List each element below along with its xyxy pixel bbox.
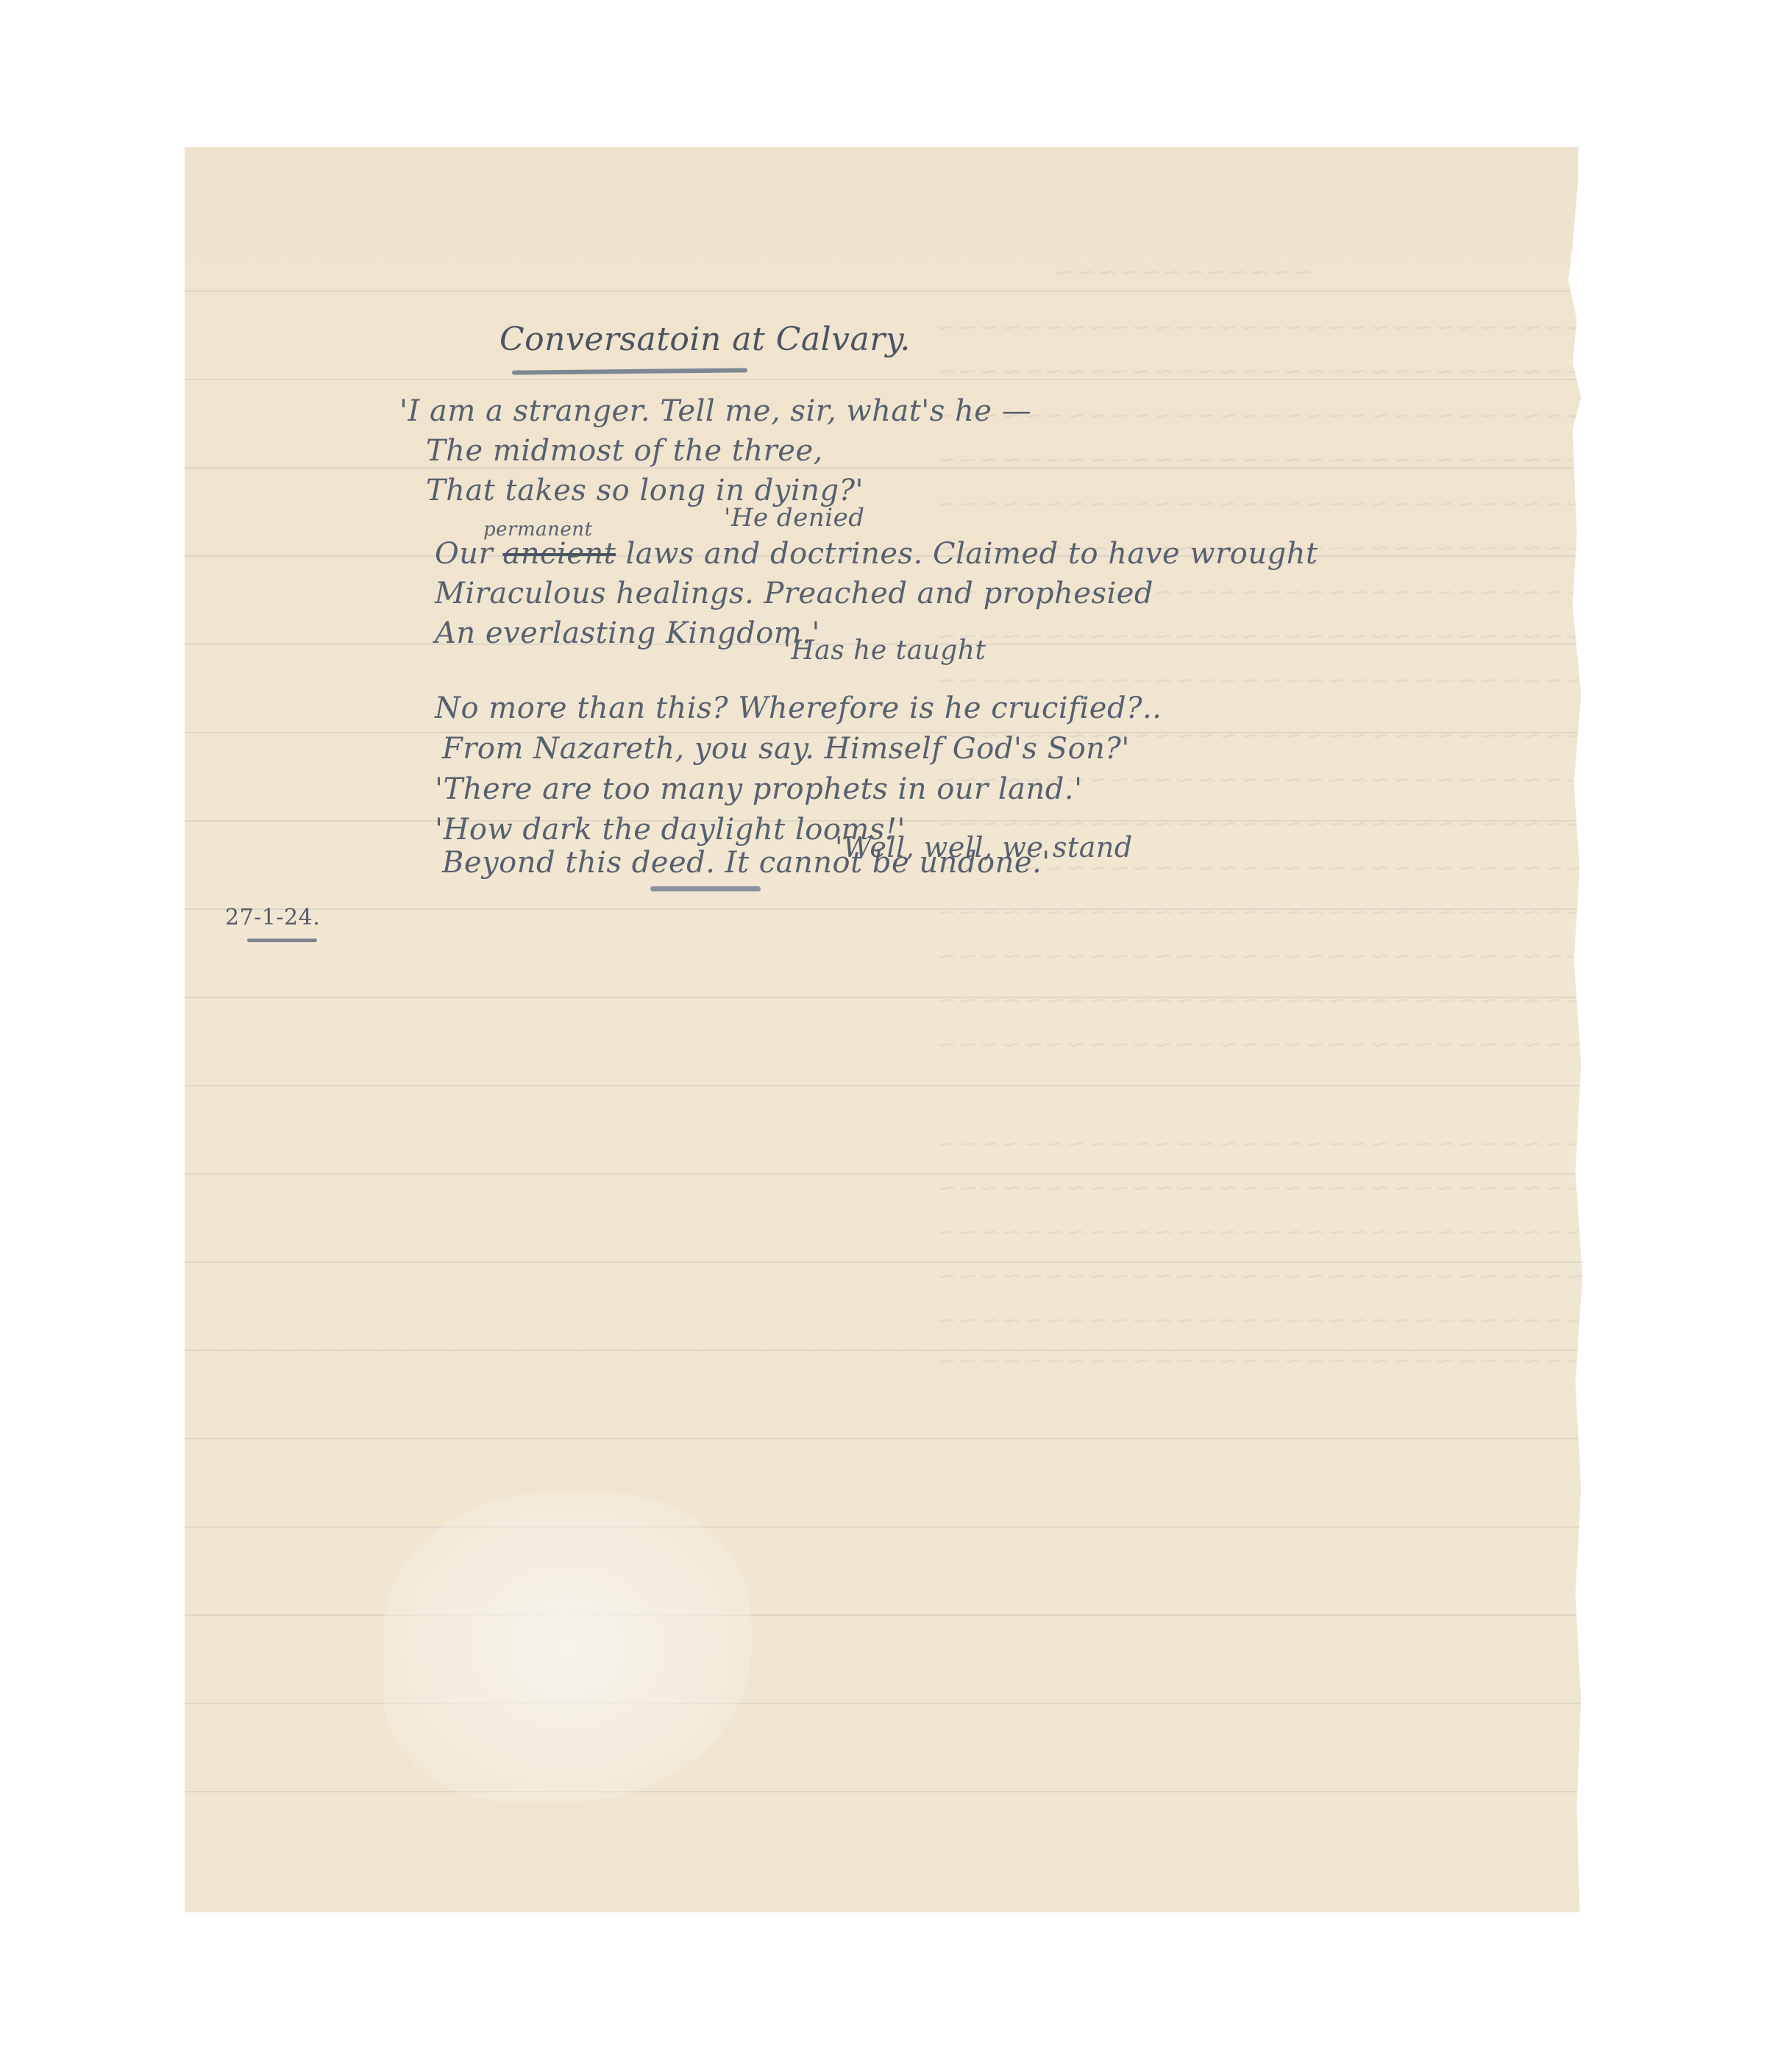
poem-line: 'I am a stranger. Tell me, sir, what's h… (399, 394, 1031, 428)
line-prefix: Our (435, 537, 493, 571)
ruled-line (185, 291, 1615, 292)
poem-line: From Nazareth, you say. Himself God's So… (442, 732, 1130, 766)
closing-flourish (650, 886, 761, 891)
poem-title: Conversatoin at Calvary. (499, 321, 911, 358)
show-through-text: ~~~~~~~~~~~~~~~~~~~~~~~~~~~~~~~~~~~~~~~~… (935, 1217, 1792, 1247)
poem-line: An everlasting Kingdom.' (435, 616, 820, 650)
show-through-text: ~~~~~~~~~~~~~~~~~~~~~~~~~~~~~~~~ (935, 357, 1629, 386)
show-through-text: ~~~~~~~~~~~~~~~~~~~~~~~~~~~~~~~~~~~~~~~~… (935, 1173, 1792, 1203)
poem-line: Miraculous healings. Preached and prophe… (435, 577, 1153, 610)
show-through-text: ~~~~~~~~~~~~~~~~~~~~~~~~~~~~~~~~~ (935, 313, 1651, 342)
poem-line: 'There are too many prophets in our land… (435, 772, 1083, 806)
show-through-text: ~~~~~~~~~~~~~~~~~~~~~~~~~~~~~~~~~~~~~~~~… (935, 1346, 1792, 1375)
struck-word: ancient (502, 537, 616, 571)
title-underline (512, 368, 747, 374)
show-through-text: ~~~~~~~~~~~~~~~~~~~~~~~~~~~~~~~~ (935, 941, 1629, 971)
poem-line-with-revision: Our ancient laws and doctrines. Claimed … (435, 537, 1318, 571)
poem-line: The midmost of the three, (426, 434, 823, 468)
show-through-text: ~~~~~~~~~~~~ (1053, 257, 1313, 287)
show-through-text: ~~~~~~~~~~~~~~~~~~~~~~~~~~~~~~~~ (935, 622, 1629, 651)
ruled-line (185, 1791, 1615, 1792)
show-through-text: ~~~~~~~~~~~~~~~~~~~~~~~~~~~~~~~~ (935, 666, 1629, 695)
poem-line-inline-response: 'Has he taught (783, 635, 986, 666)
poem-line-inline-response: 'He denied (724, 503, 864, 533)
date: 27-1-24. (225, 905, 320, 930)
show-through-text: ~~~~~~~~~~~~~~~~~~~~~~~~~~~~~~~~ (935, 489, 1629, 519)
line-remainder: laws and doctrines. Claimed to have wrou… (625, 537, 1318, 571)
ruled-line (185, 1085, 1615, 1086)
poem-line: No more than this? Wherefore is he cruci… (435, 691, 1162, 725)
show-through-text: ~~~~~~~~~~~~~~~~~~~~~~~~~~~~~~~~~~~~~~~~… (935, 1261, 1792, 1291)
show-through-text: ~~~~~~~~~~~~~~~~~~~~~~~~~~~~~~~~ (935, 445, 1629, 474)
paper-scuff-mark (383, 1493, 751, 1802)
ruled-line (185, 1438, 1615, 1439)
manuscript-page: ~~~~~~~~~~~~ ~~~~~~~~~~~~~~~~~~~~~~~~~~~… (185, 147, 1615, 1912)
show-through-text: ~~~~~~~~~~~~~~~~~~~~~~~~~~~~~~~~~~~~~~~~… (935, 1306, 1792, 1335)
show-through-text: ~~~~~~~~~~~~~~~~~~~~~~~~~~~~~~~~ (935, 1030, 1629, 1059)
show-through-text: ~~~~~~~~~~~~~~~~~~~~~~~~~~~~~~~~ (935, 897, 1629, 927)
date-underline (247, 939, 317, 942)
poem-line: Beyond this deed. It cannot be undone.' (442, 846, 1050, 880)
show-through-text: ~~~~~~~~~~~~~~~~~~~~~~~~~~~~~~~~~~~~~~~~… (935, 1129, 1792, 1158)
show-through-text: ~~~~~~~~~~~~~~~~~~~~~~~~~~~~~~~~ (935, 401, 1629, 430)
show-through-text: ~~~~~~~~~~~~~~~~~~~~~~~~~~~~~~~~ (935, 986, 1629, 1015)
ruled-line (185, 1526, 1615, 1528)
